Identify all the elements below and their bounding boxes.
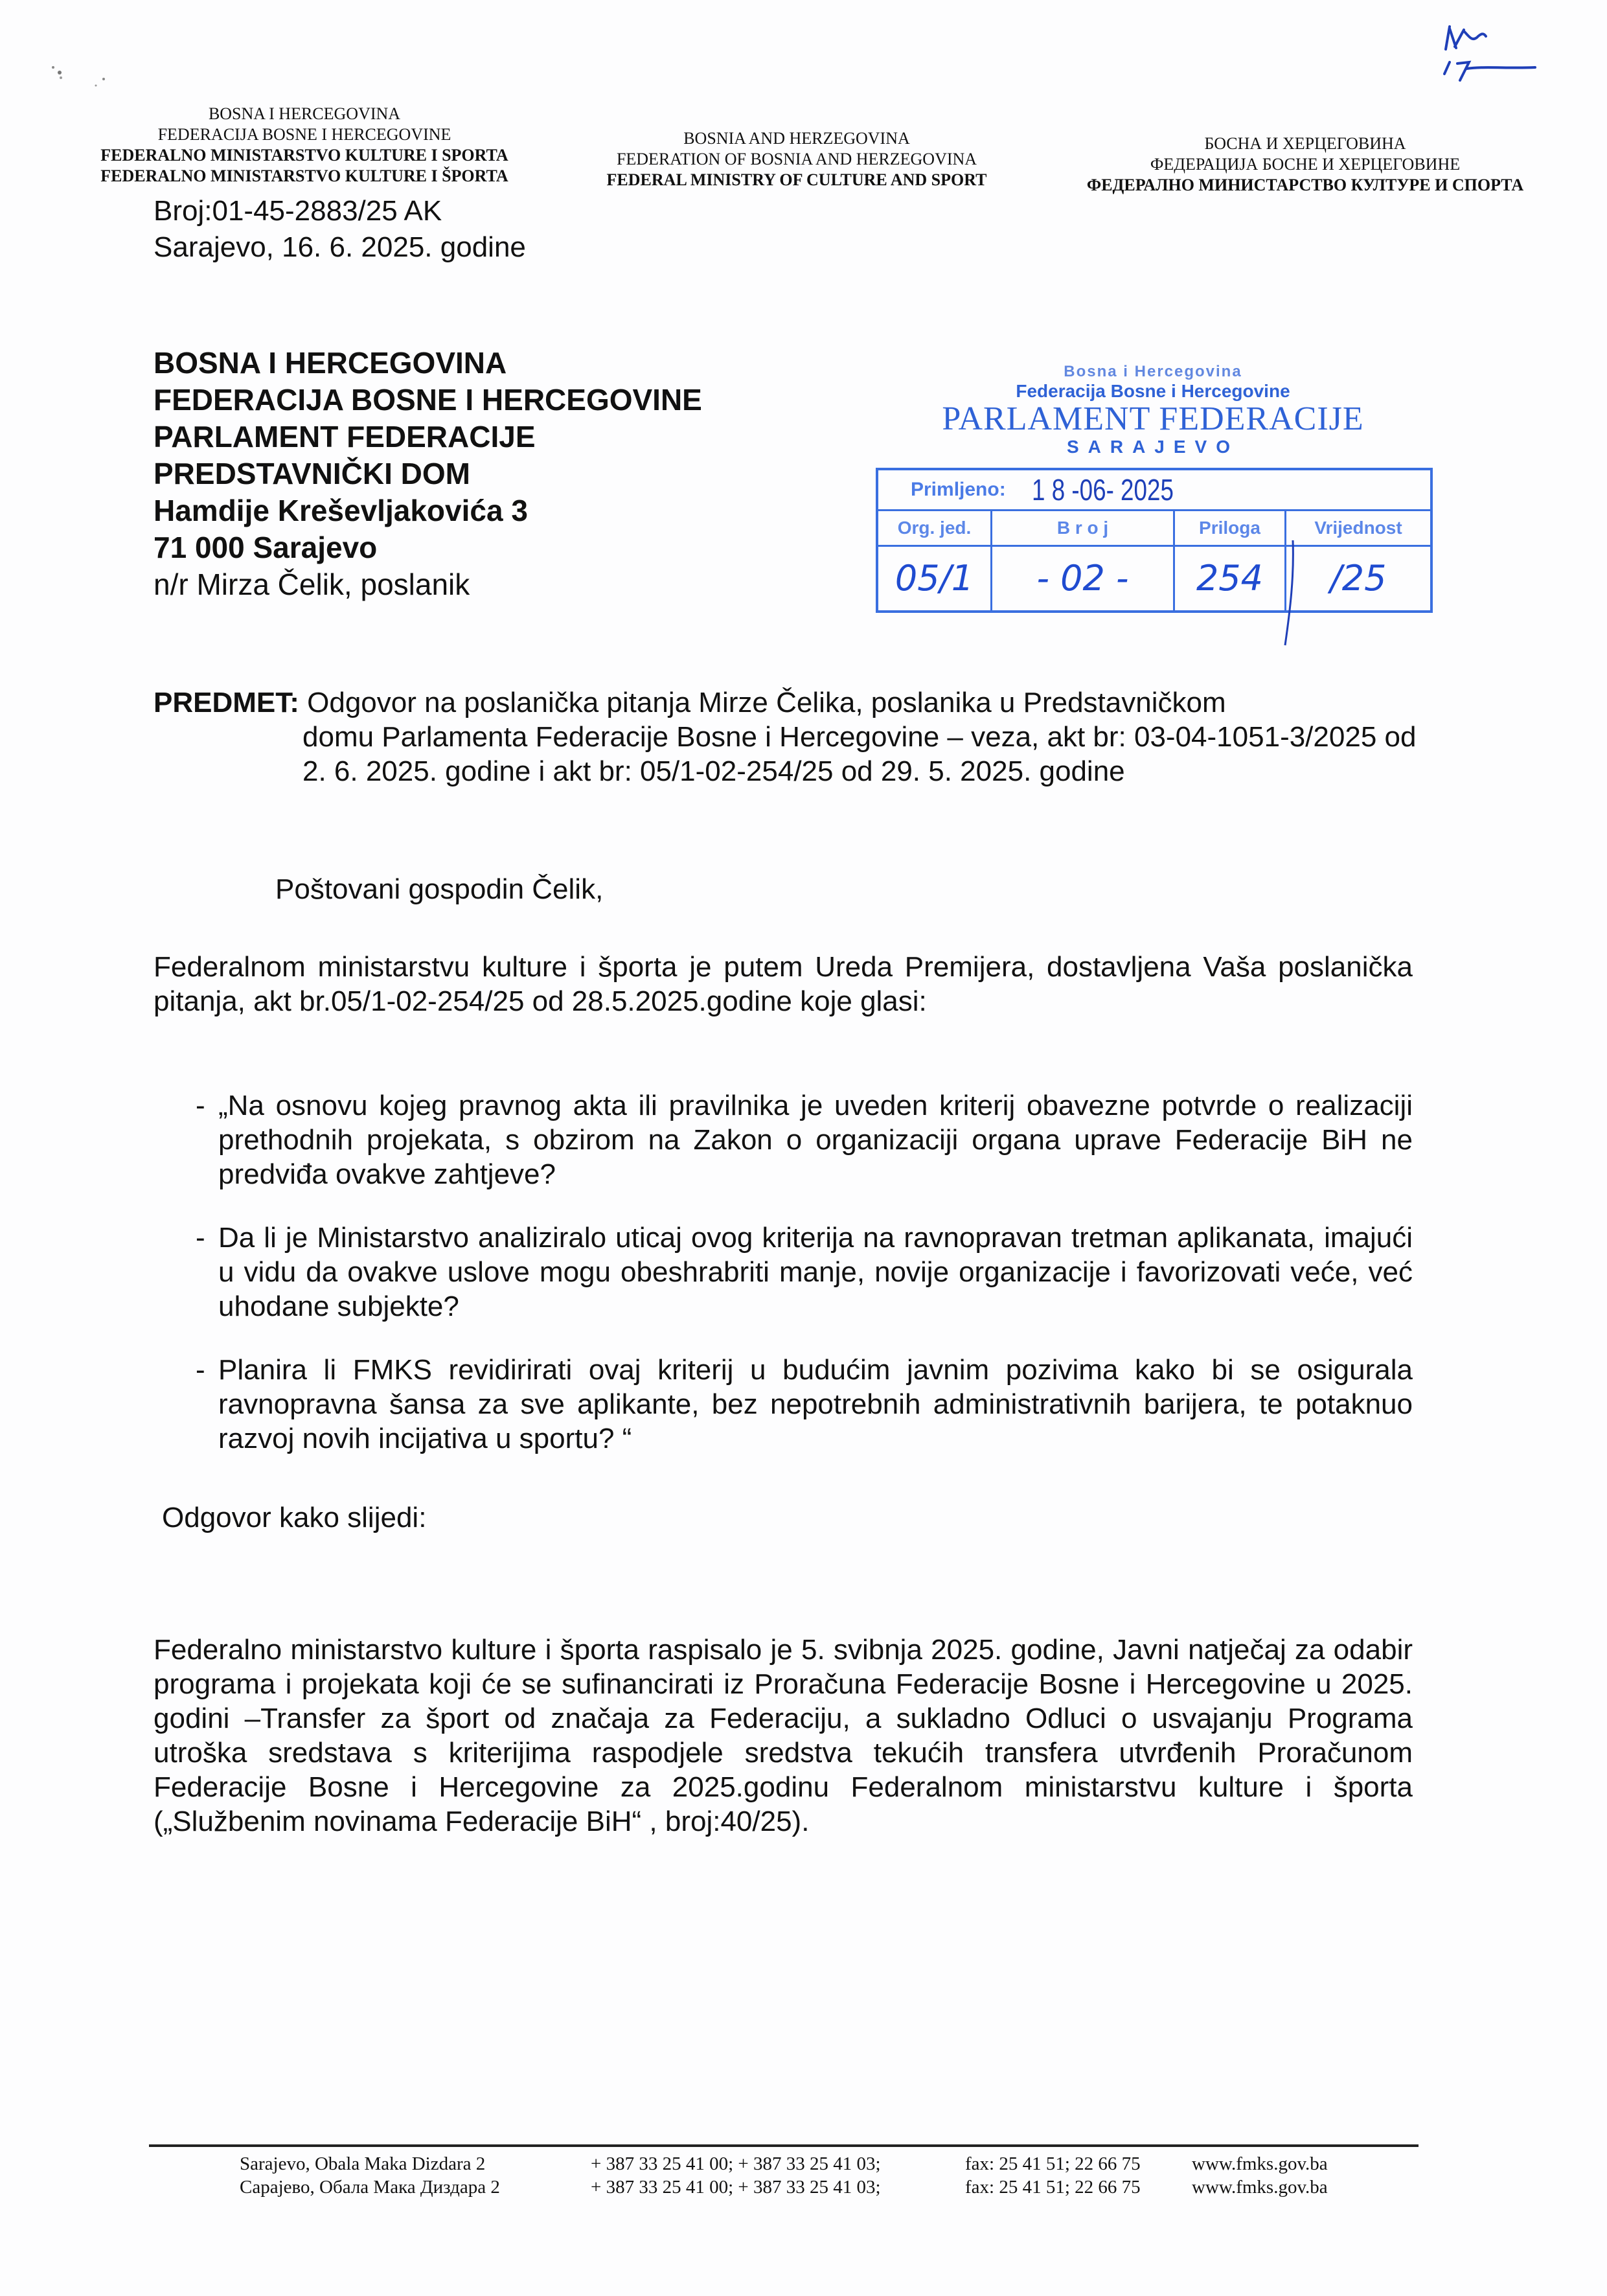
letterhead-line: БОСНА И ХЕРЦЕГОВИНА [1049, 133, 1561, 154]
footer-fax-line: fax: 25 41 51; 22 66 75 [965, 2152, 1141, 2175]
stamp-received-row: Primljeno: 1 8 -06- 2025 [878, 470, 1430, 511]
stamp-received-label: Primljeno: [911, 479, 1006, 501]
question-item: - Da li je Ministarstvo analiziralo utic… [154, 1221, 1413, 1324]
footer-phone-line: + 387 33 25 41 00; + 387 33 25 41 03; [591, 2175, 881, 2199]
bullet-dash: - [154, 1353, 218, 1456]
handwritten-initials-icon [1438, 23, 1580, 82]
stamp-value: 254 [1175, 547, 1286, 610]
stamp-pen-stroke-icon [1281, 538, 1301, 648]
recipient-address: BOSNA I HERCEGOVINA FEDERACIJA BOSNE I H… [154, 345, 702, 603]
greeting: Poštovani gospodin Čelik, [275, 873, 603, 906]
footer-website: www.fmks.gov.ba www.fmks.gov.ba [1192, 2152, 1328, 2199]
letterhead-cyrillic: БОСНА И ХЕРЦЕГОВИНА ФЕДЕРАЦИЈА БОСНЕ И Х… [1049, 133, 1561, 196]
recipient-line: BOSNA I HERCEGOVINA [154, 345, 702, 382]
stamp-title: PARLAMENT FEDERACIJE [874, 402, 1431, 437]
letterhead-line: FEDERALNO MINISTARSTVO KULTURE I SPORTA [65, 145, 544, 166]
answer-paragraph: Federalno ministarstvo kulture i športa … [154, 1633, 1413, 1839]
letterhead-line: FEDERAL MINISTRY OF CULTURE AND SPORT [557, 170, 1036, 190]
question-text: Da li je Ministarstvo analiziralo uticaj… [218, 1221, 1413, 1324]
recipient-attention: n/r Mirza Čelik, poslanik [154, 566, 702, 603]
footer-phones: + 387 33 25 41 00; + 387 33 25 41 03; + … [591, 2152, 881, 2199]
letterhead-line: ФЕДЕРАЦИЈА БОСНЕ И ХЕРЦЕГОВИНЕ [1049, 154, 1561, 175]
website-link[interactable]: www.fmks.gov.ba [1192, 2152, 1328, 2175]
letterhead-line: FEDERACIJA BOSNE I HERCEGOVINE [65, 124, 544, 145]
answer-intro: Odgovor kako slijedi: [162, 1502, 426, 1534]
stamp-header: Priloga [1175, 511, 1286, 547]
subject-block: PREDMET: Odgovor na poslanička pitanja M… [154, 685, 1423, 788]
footer-divider [149, 2144, 1419, 2147]
bullet-dash: - [154, 1088, 218, 1191]
stamp-table: Primljeno: 1 8 -06- 2025 Org. jed. B r o… [876, 468, 1433, 613]
intro-paragraph: Federalnom ministarstvu kulture i športa… [154, 950, 1413, 1018]
footer-fax-line: fax: 25 41 51; 22 66 75 [965, 2175, 1141, 2199]
stamp-line: Federacija Bosne i Hercegovine [874, 381, 1431, 402]
stamp-received-date: 1 8 -06- 2025 [1032, 472, 1174, 507]
stamp-header: B r o j [992, 511, 1175, 547]
stamp-line: Bosna i Hercegovina [874, 363, 1431, 381]
letterhead-local: BOSNA I HERCEGOVINA FEDERACIJA BOSNE I H… [65, 104, 544, 187]
stamp-city: SARAJEVO [874, 437, 1431, 457]
question-item: - „Na osnovu kojeg pravnog akta ili prav… [154, 1088, 1413, 1191]
reference-block: Broj:01-45-2883/25 AK Sarajevo, 16. 6. 2… [154, 193, 526, 266]
reference-number: Broj:01-45-2883/25 AK [154, 193, 526, 229]
stamp-value: - 02 - [992, 547, 1175, 610]
bullet-dash: - [154, 1221, 218, 1324]
letterhead-line: FEDERALNO MINISTARSTVO KULTURE I ŠPORTA [65, 166, 544, 187]
footer-address-latin: Sarajevo, Obala Maka Dizdara 2 [240, 2152, 500, 2175]
footer-address: Sarajevo, Obala Maka Dizdara 2 Сарајево,… [240, 2152, 500, 2199]
subject-continuation: domu Parlamenta Federacije Bosne i Herce… [154, 720, 1423, 788]
stamp-value: 05/1 [878, 547, 992, 610]
subject-text: Odgovor na poslanička pitanja Mirze Čeli… [307, 687, 1225, 718]
place-date: Sarajevo, 16. 6. 2025. godine [154, 229, 526, 266]
letterhead-line: BOSNIA AND HERZEGOVINA [557, 128, 1036, 149]
recipient-line: Hamdije Kreševljakovića 3 [154, 492, 702, 529]
scan-specks [45, 52, 110, 104]
letterhead-line: FEDERATION OF BOSNIA AND HERZEGOVINA [557, 149, 1036, 170]
website-link[interactable]: www.fmks.gov.ba [1192, 2175, 1328, 2199]
recipient-line: PARLAMENT FEDERACIJE [154, 419, 702, 455]
received-stamp: Bosna i Hercegovina Federacija Bosne i H… [874, 363, 1431, 613]
recipient-line: FEDERACIJA BOSNE I HERCEGOVINE [154, 382, 702, 419]
footer-address-cyrillic: Сарајево, Обала Мака Диздара 2 [240, 2175, 500, 2199]
question-item: - Planira li FMKS revidirirati ovaj krit… [154, 1353, 1413, 1456]
letterhead-line: BOSNA I HERCEGOVINA [65, 104, 544, 124]
stamp-value: /25 [1286, 547, 1430, 610]
stamp-header: Vrijednost [1286, 511, 1430, 547]
question-text: Planira li FMKS revidirirati ovaj kriter… [218, 1353, 1413, 1456]
recipient-line: PREDSTAVNIČKI DOM [154, 455, 702, 492]
question-text: „Na osnovu kojeg pravnog akta ili pravil… [218, 1088, 1413, 1191]
recipient-line: 71 000 Sarajevo [154, 529, 702, 566]
subject-label: PREDMET: [154, 687, 299, 718]
footer-phone-line: + 387 33 25 41 00; + 387 33 25 41 03; [591, 2152, 881, 2175]
stamp-header: Org. jed. [878, 511, 992, 547]
footer-fax: fax: 25 41 51; 22 66 75 fax: 25 41 51; 2… [965, 2152, 1141, 2199]
stamp-grid: Org. jed. B r o j Priloga Vrijednost 05/… [878, 511, 1430, 610]
letterhead-line: ФЕДЕРАЛНО МИНИСТАРСТВО КУЛТУРЕ И СПОРТА [1049, 175, 1561, 196]
letterhead-english: BOSNIA AND HERZEGOVINA FEDERATION OF BOS… [557, 128, 1036, 190]
